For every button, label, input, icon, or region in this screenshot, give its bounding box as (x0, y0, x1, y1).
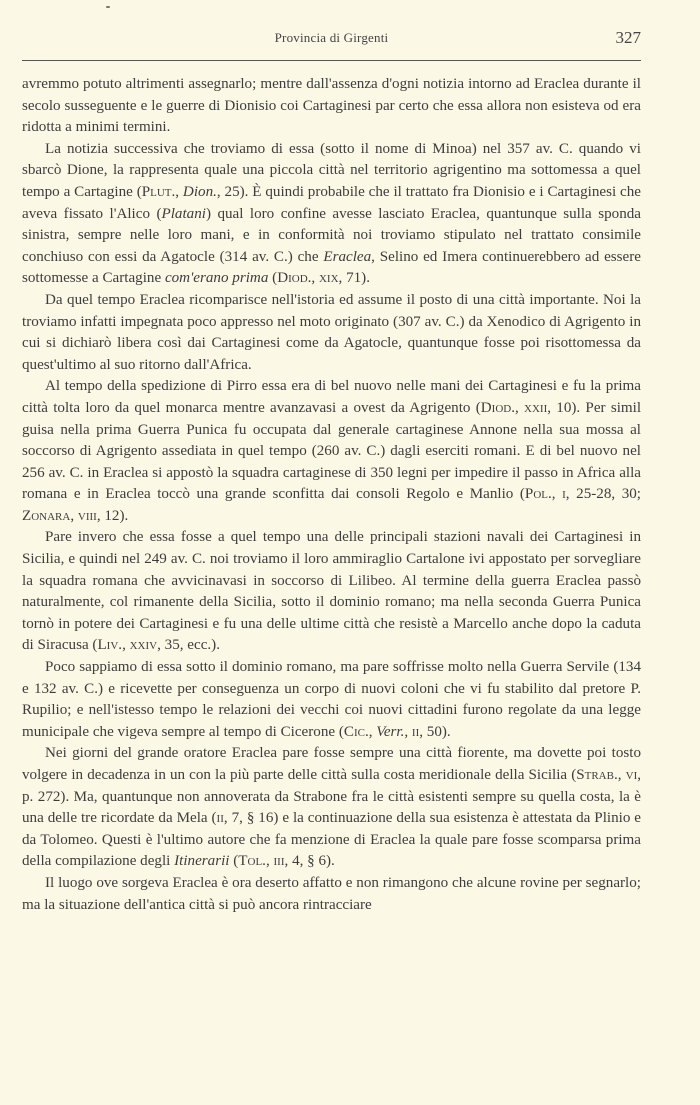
citation-abbrev: xxii (524, 400, 547, 416)
text-run: , (515, 400, 524, 416)
text-run: , (618, 767, 626, 783)
paragraph: avremmo potuto altrimenti assegnarlo; me… (22, 74, 641, 139)
text-run: , (175, 184, 183, 200)
text-run: , 71). (339, 270, 370, 286)
citation-abbrev: Cic. (344, 724, 369, 740)
text-run: , 4, § 6). (285, 853, 335, 869)
running-title: Provincia di Girgenti (22, 30, 641, 46)
citation-abbrev: xix (319, 270, 339, 286)
citation-abbrev: iii (274, 853, 285, 869)
text-run: Il luogo ove sorgeva Eraclea è ora deser… (22, 875, 641, 913)
text-run: , (404, 724, 412, 740)
text-run: , (70, 508, 78, 524)
text-run: avremmo potuto altrimenti assegnarlo; me… (22, 76, 641, 135)
citation-abbrev: vi (626, 767, 638, 783)
paragraph: La notizia successiva che troviamo di es… (22, 139, 641, 290)
citation-abbrev: Tol. (238, 853, 266, 869)
italic-term: Eraclea (323, 249, 371, 265)
page-number: 327 (616, 28, 642, 48)
text-run: , (311, 270, 319, 286)
text-run: , (122, 637, 130, 653)
citation-abbrev: Diod. (481, 400, 515, 416)
text-run: , (552, 486, 562, 502)
italic-term: Verr. (376, 724, 404, 740)
text-run: , 50). (419, 724, 450, 740)
italic-term: Platani (162, 206, 206, 222)
paragraph: Il luogo ove sorgeva Eraclea è ora deser… (22, 873, 641, 916)
print-speck (106, 6, 110, 8)
paragraph: Da quel tempo Eraclea ricomparisce nell'… (22, 290, 641, 376)
text-run: , 35, ecc.). (157, 637, 220, 653)
citation-abbrev: ii (217, 810, 224, 826)
text-run: , (266, 853, 274, 869)
text-run: Pare invero che essa fosse a quel tempo … (22, 529, 641, 653)
citation-abbrev: Strab. (576, 767, 618, 783)
paragraph: Al tempo della spedizione di Pirro essa … (22, 376, 641, 527)
citation-abbrev: Zonara (22, 508, 70, 524)
italic-term: com'erano prima (165, 270, 268, 286)
citation-abbrev: Diod. (277, 270, 311, 286)
text-run: Da quel tempo Eraclea ricomparisce nell'… (22, 292, 641, 373)
italic-term: Dion. (183, 184, 217, 200)
citation-abbrev: viii (78, 508, 97, 524)
citation-abbrev: Plut. (142, 184, 176, 200)
citation-abbrev: Pol. (525, 486, 552, 502)
citation-abbrev: xxiv (130, 637, 158, 653)
book-page: Provincia di Girgenti 327 avremmo potuto… (0, 0, 700, 1105)
paragraph: Nei giorni del grande oratore Eraclea pa… (22, 743, 641, 873)
text-run: ( (229, 853, 238, 869)
text-run: , 25-28, 30; (566, 486, 641, 502)
text-run: , 12). (97, 508, 128, 524)
header-rule (22, 60, 641, 61)
citation-abbrev: Liv. (97, 637, 122, 653)
text-run: Nei giorni del grande oratore Eraclea pa… (22, 745, 641, 783)
italic-term: Itinerarii (174, 853, 229, 869)
body-text: avremmo potuto altrimenti assegnarlo; me… (22, 74, 641, 916)
text-run: Poco sappiamo di essa sotto il dominio r… (22, 659, 641, 740)
paragraph: Pare invero che essa fosse a quel tempo … (22, 527, 641, 657)
running-header: Provincia di Girgenti 327 (22, 28, 641, 54)
paragraph: Poco sappiamo di essa sotto il dominio r… (22, 657, 641, 743)
text-run: ( (268, 270, 277, 286)
